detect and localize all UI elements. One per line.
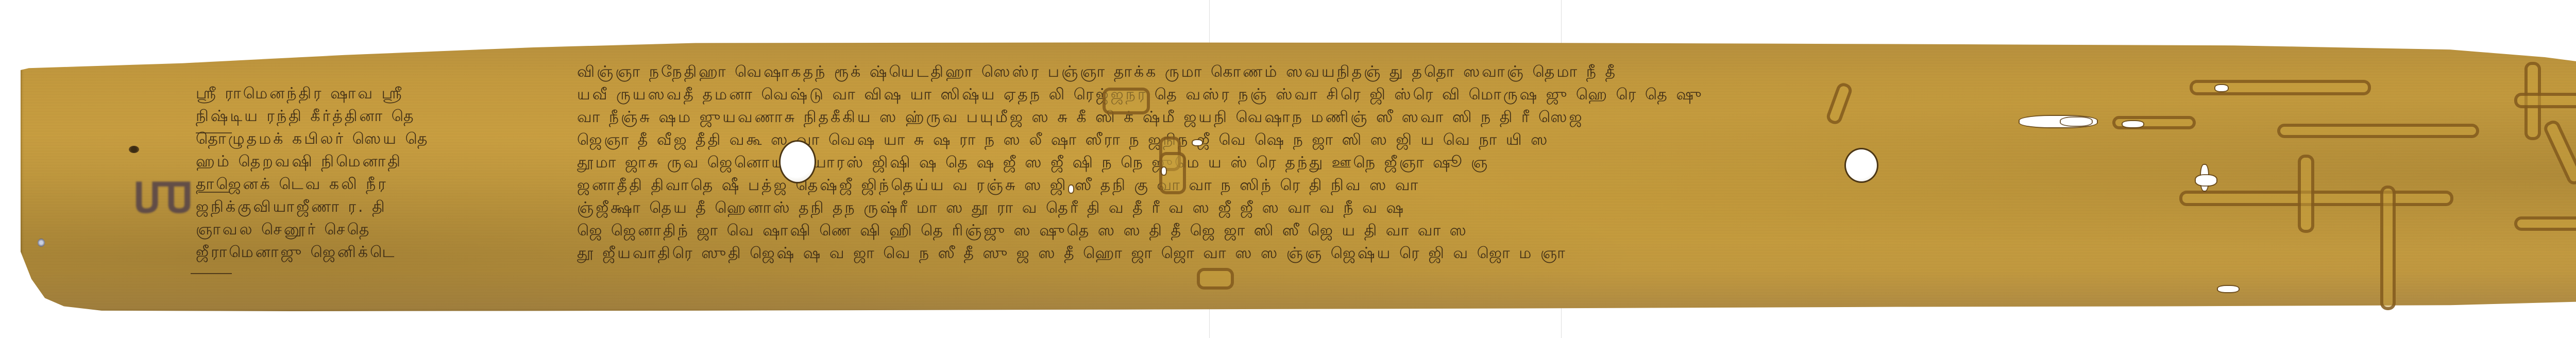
worm-damage: [2179, 191, 2453, 206]
worm-hole: [2218, 286, 2239, 292]
string-hole-right: [1846, 149, 1877, 181]
manuscript-scan: ஶ ஸ்ரீ ராமெனந்திர ஷாவ ஸ்ரீ நிஷ்டிய ரந்தி…: [0, 0, 2576, 338]
worm-damage: [1197, 268, 1234, 290]
worm-damage: [2277, 124, 2479, 138]
ruled-mark: [198, 192, 229, 193]
worm-hole: [1193, 140, 1202, 145]
script-line: ஜெ ஜெனாதிந் ஜா வெ ஷாஷி ணெ ஷி ஹி தெ ரிஞ்ஜ…: [577, 219, 2535, 242]
worm-damage: [1103, 88, 1150, 114]
worm-hole: [2061, 117, 2092, 126]
script-line: தூ ஜீயவாதிரெ ஸுதி ஜெஷ் ஷ வ ஜா வெ ந ஸீ தீ…: [577, 242, 2535, 265]
script-line: தாஜெனக் டெவ கலி நீர: [196, 173, 429, 196]
script-line: ஸ்ரீ ராமெனந்திர ஷாவ ஸ்ரீ: [196, 82, 429, 105]
script-line: ஹம் தெறவஷி நிமெனாதி: [196, 150, 429, 173]
worm-hole: [1069, 185, 1073, 193]
script-line: தொழுதமக் கபிலர் ஸெய தெ: [196, 128, 429, 150]
pin-hole: [129, 146, 139, 153]
script-line: ஞாவல செனூர் செதெ: [196, 218, 429, 241]
script-line: ஜநிக்குவியாஜீணா ர. தி: [196, 196, 429, 218]
script-line: நிஷ்டிய ரந்தி கீர்த்தினா தெ: [196, 105, 429, 128]
worm-damage: [2514, 93, 2576, 108]
worm-damage: [2514, 216, 2576, 231]
text-block-left: ஸ்ரீ ராமெனந்திர ஷாவ ஸ்ரீ நிஷ்டிய ரந்தி க…: [196, 82, 429, 264]
pin-hole: [38, 239, 45, 247]
script-line: ஜெஞா தீ வீஜ தீதி வகூ ஸ வா வெஷ யா சு ஷ ரா…: [577, 129, 2535, 151]
marginal-symbol-left: ஶ: [131, 155, 195, 235]
ruled-mark: [191, 273, 232, 274]
worm-hole: [2196, 175, 2216, 185]
worm-hole: [2215, 85, 2228, 91]
string-hole-left: [781, 142, 815, 182]
script-line: வா நீஞ்சு ஷம ஜுயவணாசு நிதகீகிய ஸ ஹ்ருவ ப…: [577, 106, 2535, 129]
worm-hole: [1162, 167, 1166, 175]
script-line: தூமா ஜாசு ருவ ஜெனொய ஷ்யாரஸ் ஜிஷி ஷ தெ ஷ …: [577, 151, 2535, 174]
worm-damage: [2380, 185, 2396, 310]
ruled-mark: [196, 132, 232, 133]
script-line: ஜீராமெனாஜு ஜெனிக்டெ: [196, 241, 429, 264]
worm-damage: [2298, 155, 2314, 233]
worm-hole: [2123, 121, 2143, 127]
